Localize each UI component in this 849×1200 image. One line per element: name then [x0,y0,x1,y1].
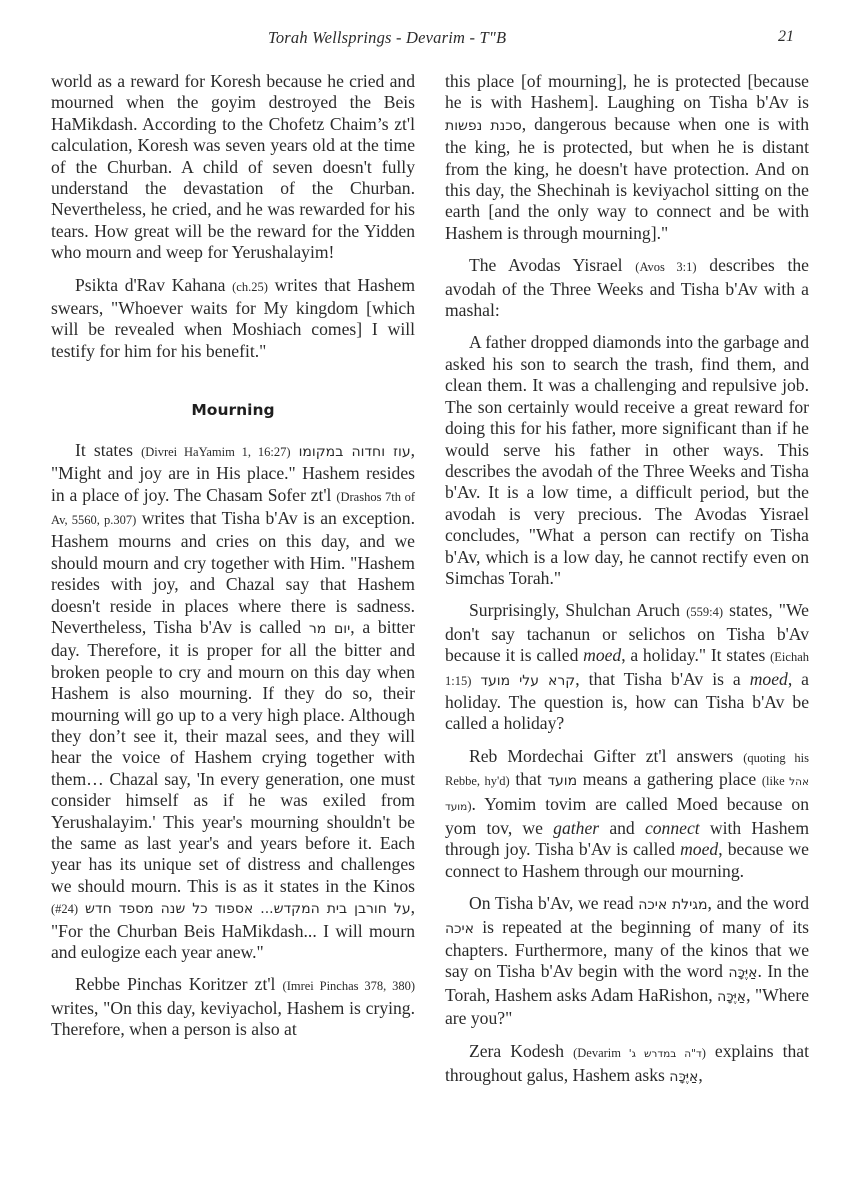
text-span: means a gathering place [577,769,762,789]
text-span: Psikta d'Rav Kahana [75,275,232,295]
text-span: , and the word [708,893,809,913]
paragraph-koresh: world as a reward for Koresh because he … [51,71,415,264]
text-span: that [510,769,548,789]
paragraph-text: world as a reward for Koresh because he … [51,71,415,262]
right-column: this place [of mourning], he is protecte… [445,71,809,1099]
emphasis: moed [583,645,621,665]
hebrew-text: קרא עלי מועד [480,673,575,689]
hebrew-text: אַיֶּכָּה [717,989,746,1005]
text-span: , a holiday." It states [621,645,770,665]
hebrew-text: יום מר [309,621,350,637]
text-span: and [599,818,645,838]
text-span: writes, "On this day, keviyachol, Hashem… [51,998,415,1039]
hebrew-text: ד"ה במדרש ג' [629,1048,702,1060]
source-citation: (Devarim ד"ה במדרש ג') [573,1046,706,1060]
hebrew-text: על חורבן בית המקדש... אספוד כל שנה מספד … [85,901,411,917]
emphasis: connect [645,818,700,838]
hebrew-text: מגילת איכה [638,897,707,913]
source-citation: (#24) [51,902,78,916]
paragraph-eichah: On Tisha b'Av, we read מגילת איכה, and t… [445,893,809,1029]
paragraph-mourning: It states (Divrei HaYamim 1, 16:27) עוז … [51,440,415,964]
source-citation: (Divrei HaYamim 1, 16:27) [141,445,290,459]
paragraph-protected: this place [of mourning], he is protecte… [445,71,809,244]
paragraph-gifter: Reb Mordechai Gifter zt'l answers (quoti… [445,746,809,882]
source-citation: (ch.25) [232,280,268,294]
text-span: , that Tisha b'Av is a [575,669,750,689]
paragraph-avodas-yisrael: The Avodas Yisrael (Avos 3:1) describes … [445,255,809,321]
source-citation: (Avos 3:1) [635,260,696,274]
emphasis: moed [750,669,788,689]
emphasis: gather [553,818,599,838]
source-citation: (Imrei Pinchas 378, 380) [283,979,415,993]
paragraph-psikta: Psikta d'Rav Kahana (ch.25) writes that … [51,275,415,363]
paragraph-koritzer: Rebbe Pinchas Koritzer zt'l (Imrei Pinch… [51,974,415,1040]
hebrew-text: איכה [445,921,474,937]
text-span: (like [762,774,789,788]
text-span: , a bitter day. Therefore, it is proper … [51,617,415,896]
emphasis: moed [680,839,718,859]
text-span: (Devarim [573,1046,629,1060]
hebrew-text: סכנת נפשות [445,118,522,134]
text-span: Rebbe Pinchas Koritzer zt'l [75,974,283,994]
text-span: On Tisha b'Av, we read [469,893,638,913]
text-span: A father dropped diamonds into the garba… [445,332,809,587]
paragraph-shulchan-aruch: Surprisingly, Shulchan Aruch (559:4) sta… [445,600,809,734]
section-heading-mourning: Mourning [51,400,415,421]
left-column: world as a reward for Koresh because he … [51,71,415,1052]
running-title: Torah Wellsprings - Devarim - T"B [268,28,506,48]
hebrew-text: מועד [547,773,577,789]
text-span: Reb Mordechai Gifter zt'l answers [469,746,743,766]
text-span: this place [of mourning], he is protecte… [445,71,809,112]
text-span: Surprisingly, Shulchan Aruch [469,600,686,620]
text-span: It states [75,440,141,460]
hebrew-text: אַיֶּכָּה [669,1069,698,1085]
hebrew-text: עוז וחדוה במקומו [299,444,411,460]
hebrew-text: אַיֶּכָּה [728,965,757,981]
text-span: Zera Kodesh [469,1041,573,1061]
text-span: The Avodas Yisrael [469,255,635,275]
running-header: Torah Wellsprings - Devarim - T"B 21 [0,28,849,52]
paragraph-zera-kodesh: Zera Kodesh (Devarim ד"ה במדרש ג') expla… [445,1041,809,1089]
source-citation: (559:4) [686,605,723,619]
page-number: 21 [778,28,794,46]
text-span: , [698,1065,702,1085]
paragraph-mashal: A father dropped diamonds into the garba… [445,332,809,589]
